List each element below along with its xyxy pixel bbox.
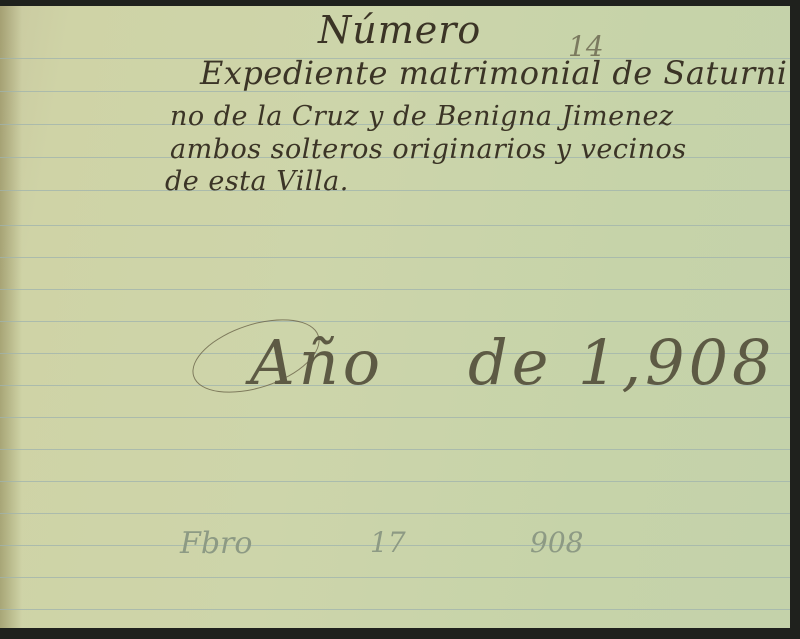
pencil-month: Fbro (180, 526, 252, 561)
body-line-4: de esta Villa. (165, 166, 349, 197)
ledger-page: Número 14 Expediente matrimonial de Satu… (0, 6, 790, 628)
year-word: Año (250, 326, 384, 399)
rule-line (0, 417, 790, 418)
pencil-year: 908 (530, 526, 583, 559)
body-line-3: ambos solteros originarios y vecinos (170, 134, 687, 165)
year-value: 1,908 (578, 326, 776, 399)
rule-line (0, 481, 790, 482)
rule-line (0, 321, 790, 322)
rule-line (0, 449, 790, 450)
body-line-1: Expediente matrimonial de Saturni (200, 54, 788, 92)
rule-line (0, 513, 790, 514)
rule-line (0, 609, 790, 610)
rule-line (0, 577, 790, 578)
body-line-2: no de la Cruz y de Benigna Jimenez (170, 101, 674, 132)
rule-line (0, 225, 790, 226)
rule-line (0, 190, 790, 191)
rule-line (0, 289, 790, 290)
heading-numero: Número (318, 8, 481, 52)
pencil-day: 17 (370, 526, 406, 559)
rule-line (0, 257, 790, 258)
year-preposition: de (468, 326, 552, 399)
